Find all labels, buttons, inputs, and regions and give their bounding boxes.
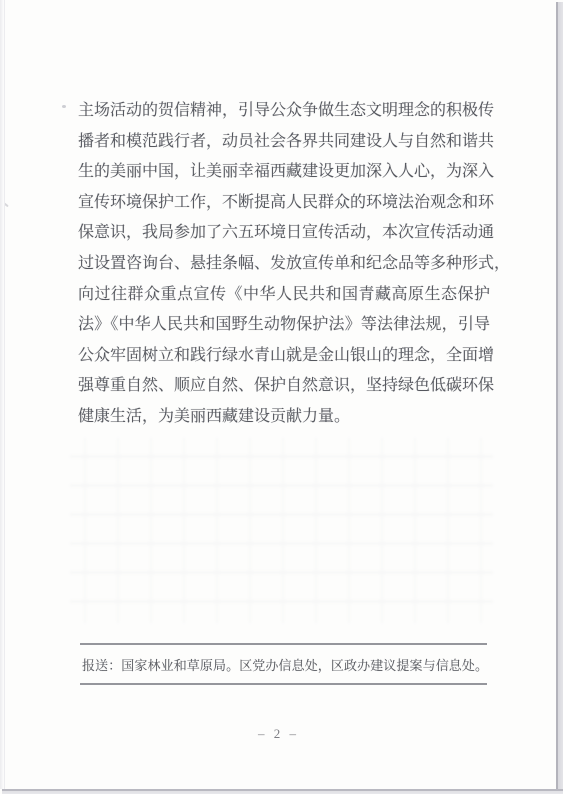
page-number: – 2 – (0, 726, 557, 742)
page-edge-right (556, 2, 563, 791)
body-text-line: 保意识，我局参加了六五环境日宣传活动，本次宣传活动通 (78, 218, 490, 249)
body-text-line: 法》《中华人民共和国野生动物保护法》等法律法规，引导 (78, 310, 490, 341)
body-text-line: 生的美丽中国，让美丽幸福西藏建设更加深入人心，为深入 (78, 157, 490, 188)
body-text-line: 宣传环境保护工作，不断提高人民群众的环境法治观念和环 (78, 188, 490, 219)
body-text-line: 公众牢固树立和践行绿水青山就是金山银山的理念，全面增 (78, 341, 490, 372)
body-text-line: 向过往群众重点宣传《中华人民共和国青藏高原生态保护 (78, 280, 490, 311)
body-text-line: 健康生活，为美丽西藏建设贡献力量。 (78, 402, 490, 433)
scan-bleed-through (70, 438, 493, 623)
body-paragraph: 主场活动的贺信精神，引导公众争做生态文明理念的积极传 播者和模范践行者，动员社会… (78, 96, 490, 433)
body-text-line: 强尊重自然、顺应自然、保护自然意识，坚持绿色低碳环保 (78, 371, 490, 402)
body-text-line: 过设置咨询台、悬挂条幅、发放宣传单和纪念品等多种形式， (78, 249, 490, 280)
distribution-text: 报送：国家林业和草原局。区党办信息处，区政办建议提案与信息处。 (80, 655, 488, 674)
document-page: 主场活动的贺信精神，引导公众争做生态文明理念的积极传 播者和模范践行者，动员社会… (0, 0, 563, 794)
distribution-footer: 报送：国家林业和草原局。区党办信息处，区政办建议提案与信息处。 (80, 643, 487, 685)
body-text-line: 主场活动的贺信精神，引导公众争做生态文明理念的积极传 (78, 96, 490, 127)
body-text-line: 播者和模范践行者，动员社会各界共同建设人与自然和谐共 (78, 127, 490, 158)
page-edge-bottom (2, 789, 563, 794)
page-edge-left (0, 0, 5, 789)
scan-artifact (62, 105, 66, 108)
